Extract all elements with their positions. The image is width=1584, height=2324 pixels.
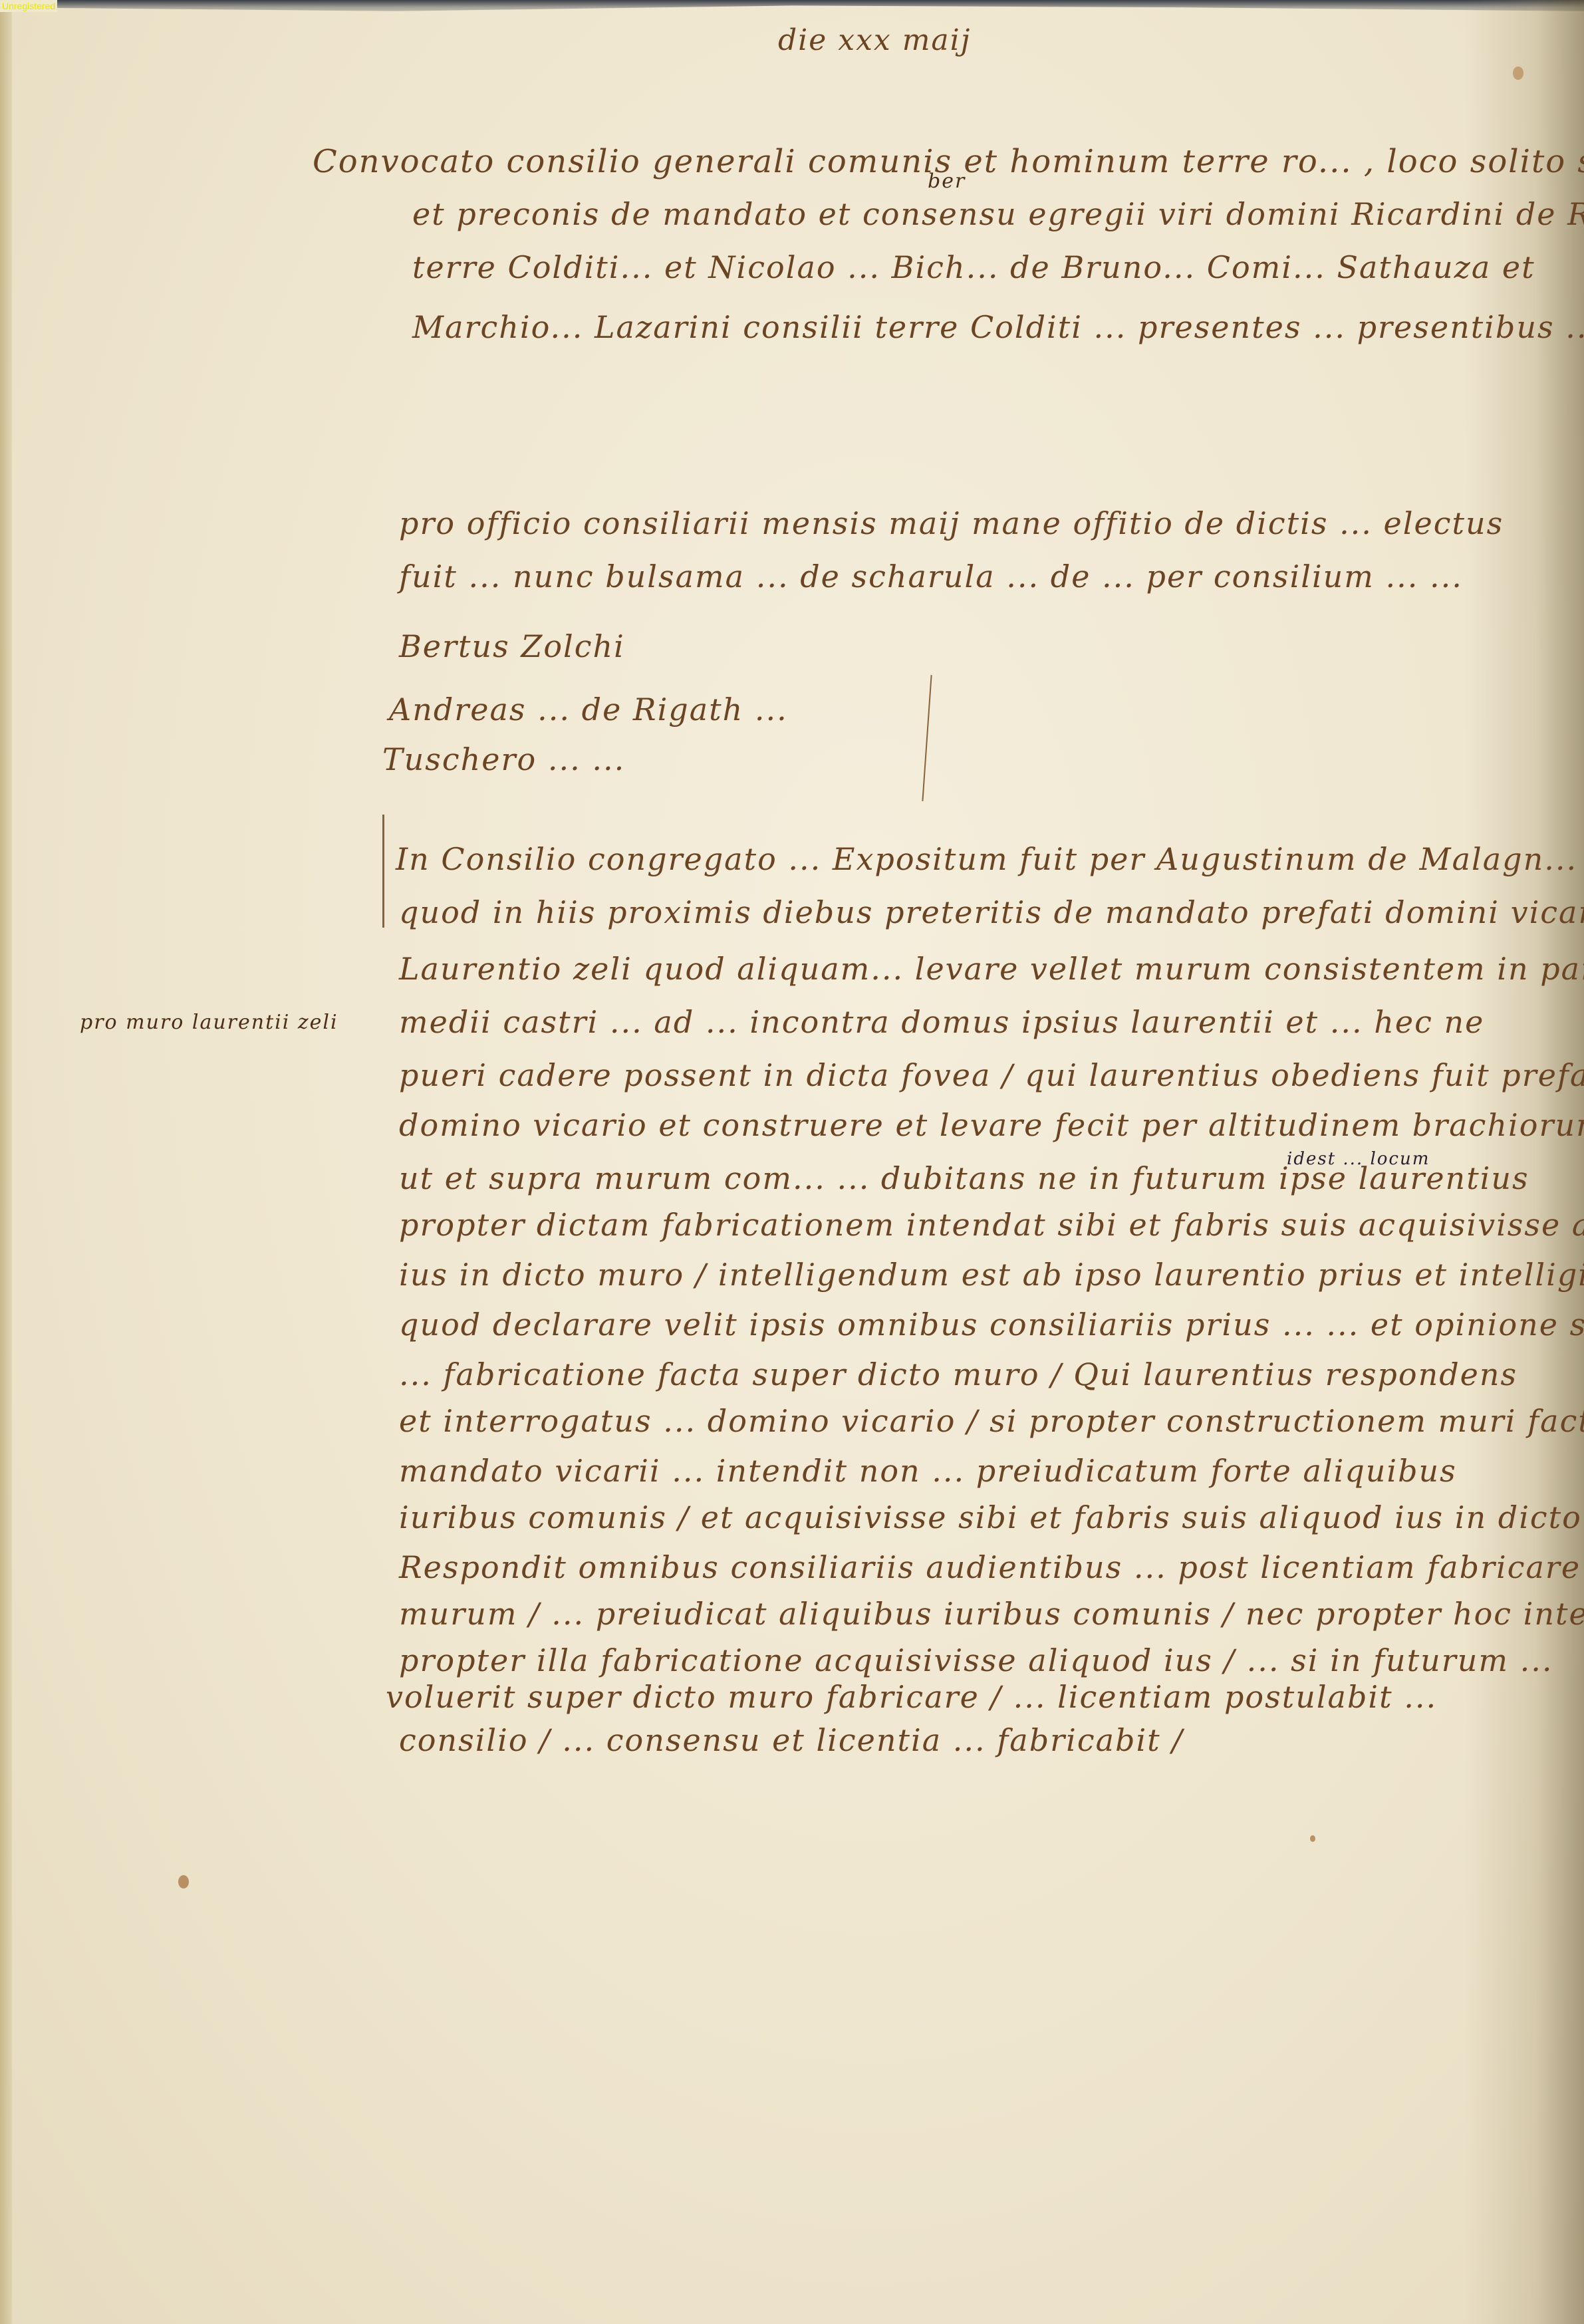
para3-line-14: iuribus comunis / et acquisivisse sibi e… [399,1499,1584,1535]
paragraph-mark [382,815,384,928]
name-2: Andreas ... de Rigath ... [389,692,788,727]
para3-line-1: In Consilio congregato ... Expositum fui… [396,841,1584,877]
name-1: Bertus Zolchi [399,628,625,664]
para3-line-17: propter illa fabricatione acquisivisse a… [399,1642,1553,1678]
para3-line-5: pueri cadere possent in dicta fovea / qu… [399,1057,1584,1093]
para3-line-15: Respondit omnibus consiliariis audientib… [399,1549,1584,1585]
para3-line-13: mandato vicarii ... intendit non ... pre… [399,1453,1457,1489]
manuscript-page: Unregistered die xxx maij Convocato cons… [0,0,1584,2324]
para3-line-7: ut et supra murum com... ... dubitans ne… [399,1160,1529,1196]
para3-line-18: voluerit super dicto muro fabricare / ..… [386,1679,1437,1715]
unregistered-watermark: Unregistered [0,0,57,12]
date-heading: die xxx maij [778,23,971,57]
para3-line-4: medii castri ... ad ... incontra domus i… [399,1004,1484,1040]
para1-line-3: terre Colditi... et Nicolao ... Bich... … [412,249,1535,285]
page-left-edge [0,0,12,2324]
para2-line-2: fuit ... nunc bulsama ... de scharula ..… [399,559,1463,594]
para3-line-19: consilio / ... consensu et licentia ... … [399,1722,1184,1758]
para3-line-6: domino vicario et construere et levare f… [399,1107,1584,1143]
para3-line-3: Laurentio zeli quod aliquam... levare ve… [399,951,1584,987]
scan-top-edge [0,0,1584,19]
para2-line-1: pro officio consiliarii mensis maij mane… [399,505,1504,541]
para3-line-9: ius in dicto muro / intelligendum est ab… [399,1257,1584,1293]
ink-stain [178,1875,189,1888]
para1-interlinear: ber [928,170,966,193]
name-3: Tuschero ... ... [382,741,625,777]
margin-note: pro muro laurentii zeli [80,1011,338,1034]
para3-line-16: murum / ... preiudicat aliquibus iuribus… [399,1596,1584,1632]
para1-line-2: et preconis de mandato et consensu egreg… [412,196,1584,232]
para3-line-11: ... fabricatione facta super dicto muro … [399,1356,1518,1392]
para1-line-4: Marchio... Lazarini consilii terre Coldi… [412,309,1584,345]
foxing-spot [1513,66,1523,80]
para3-line-8: propter dictam fabricationem intendat si… [399,1207,1584,1243]
ink-dot [1310,1835,1315,1842]
separator-stroke [922,675,932,801]
para3-line-2: quod in hiis proximis diebus preteritis … [399,894,1584,930]
para3-line-12: et interrogatus ... domino vicario / si … [399,1403,1584,1439]
para3-line-10: quod declarare velit ipsis omnibus consi… [399,1307,1584,1343]
